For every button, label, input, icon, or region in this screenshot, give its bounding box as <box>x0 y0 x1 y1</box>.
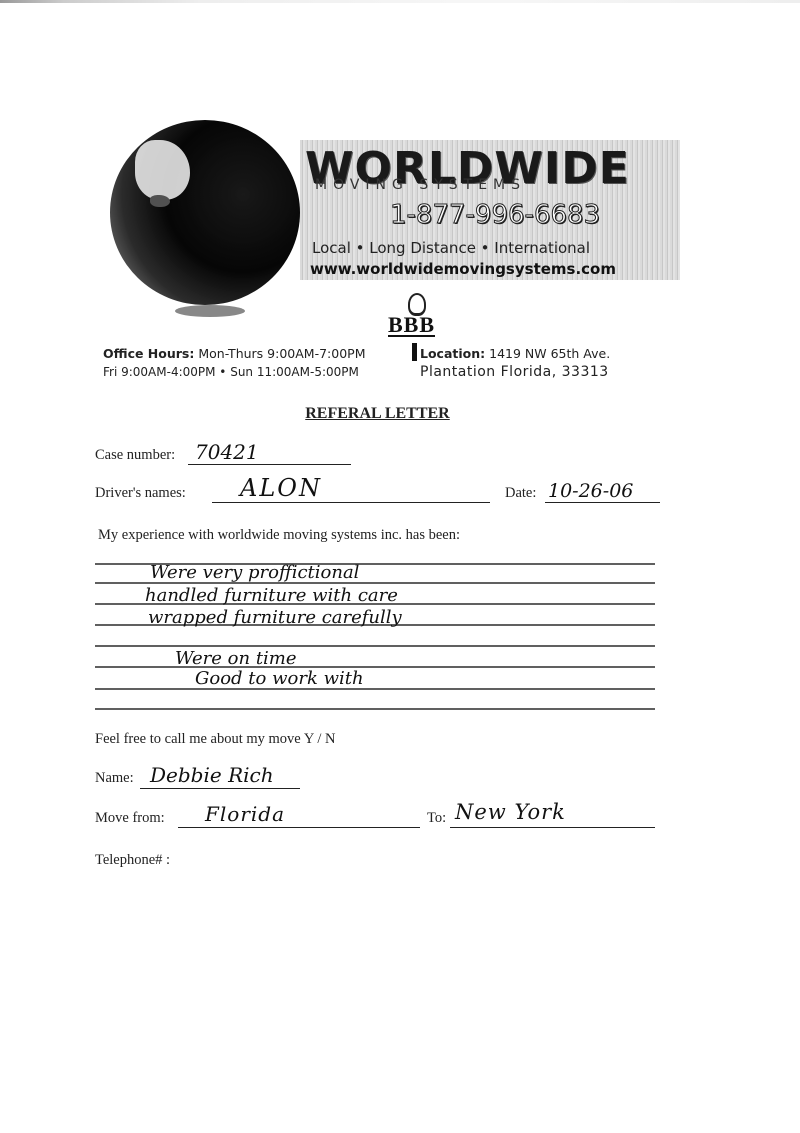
date-field[interactable]: 10-26-06 <box>548 480 633 502</box>
telephone-label: Telephone# : <box>95 852 170 869</box>
hours-label: Office Hours: <box>103 346 194 361</box>
experience-line[interactable]: handled furniture with care <box>145 585 398 606</box>
case-number-field[interactable]: 70421 <box>195 440 259 464</box>
location-street: 1419 NW 65th Ave. <box>489 346 610 361</box>
services-tagline: Local • Long Distance • International <box>312 239 590 257</box>
hours-weekend: Fri 9:00AM-4:00PM • Sun 11:00AM-5:00PM <box>103 363 365 381</box>
bbb-logo: BBB <box>388 315 435 337</box>
experience-line[interactable]: Good to work with <box>195 668 364 689</box>
drivers-field[interactable]: ALON <box>240 474 322 502</box>
form-title: REFERAL LETTER <box>0 405 755 423</box>
name-field[interactable]: Debbie Rich <box>150 763 274 787</box>
to-label: To: <box>427 810 446 827</box>
company-website: www.worldwidemovingsystems.com <box>310 260 616 278</box>
experience-label: My experience with worldwide moving syst… <box>98 527 460 544</box>
move-from-field[interactable]: Florida <box>205 802 285 826</box>
brand-subtitle: MOVING SYSTEMS <box>315 177 526 193</box>
experience-line[interactable]: Were on time <box>175 648 297 669</box>
divider <box>412 343 417 361</box>
to-field[interactable]: New York <box>455 800 566 824</box>
letterhead: WORLDWIDE MOVING SYSTEMS 1-877-996-6683 … <box>100 115 690 315</box>
experience-line[interactable]: wrapped furniture carefully <box>148 607 402 628</box>
office-hours: Office Hours: Mon-Thurs 9:00AM-7:00PM Fr… <box>103 345 365 381</box>
date-label: Date: <box>505 485 536 502</box>
hours-weekday: Mon-Thurs 9:00AM-7:00PM <box>198 346 365 361</box>
company-phone: 1-877-996-6683 <box>390 200 600 230</box>
experience-line[interactable]: Were very proffictional <box>150 562 359 583</box>
name-label: Name: <box>95 770 134 787</box>
move-from-label: Move from: <box>95 810 165 827</box>
location-city: Plantation Florida, 33313 <box>420 363 610 381</box>
case-number-label: Case number: <box>95 447 175 464</box>
call-permission-label[interactable]: Feel free to call me about my move Y / N <box>95 731 336 748</box>
location-label: Location: <box>420 346 485 361</box>
scan-edge <box>0 0 800 3</box>
drivers-label: Driver's names: <box>95 485 186 502</box>
office-location: Location: 1419 NW 65th Ave. Plantation F… <box>420 345 610 381</box>
globe-logo-icon <box>110 120 300 305</box>
